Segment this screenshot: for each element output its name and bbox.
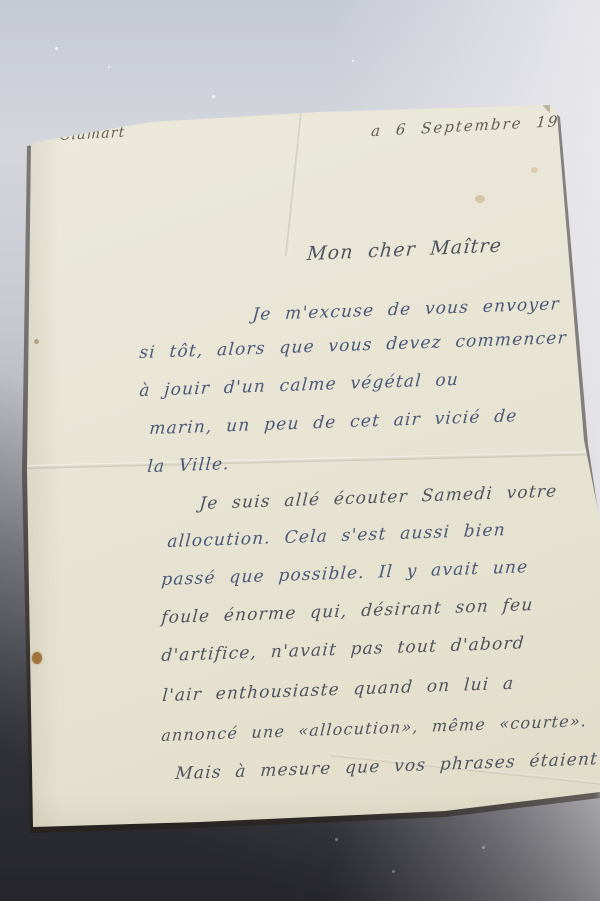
foxing-stain xyxy=(34,339,39,344)
dust-speck xyxy=(108,66,110,68)
dust-speck xyxy=(482,846,485,849)
letter-photograph: Clamart a 6 Septembre 1937 Mon cher Maît… xyxy=(0,0,600,901)
dust-speck xyxy=(212,95,215,98)
foxing-stain xyxy=(531,167,538,173)
dust-speck xyxy=(352,60,354,62)
dust-speck xyxy=(392,870,395,873)
foxing-stain xyxy=(32,652,42,664)
dust-speck xyxy=(335,838,338,841)
dust-speck xyxy=(55,47,58,50)
foxing-stain xyxy=(475,195,485,203)
letter-paper: Clamart a 6 Septembre 1937 Mon cher Maît… xyxy=(0,0,600,901)
letter-line: la Ville. xyxy=(147,454,231,477)
